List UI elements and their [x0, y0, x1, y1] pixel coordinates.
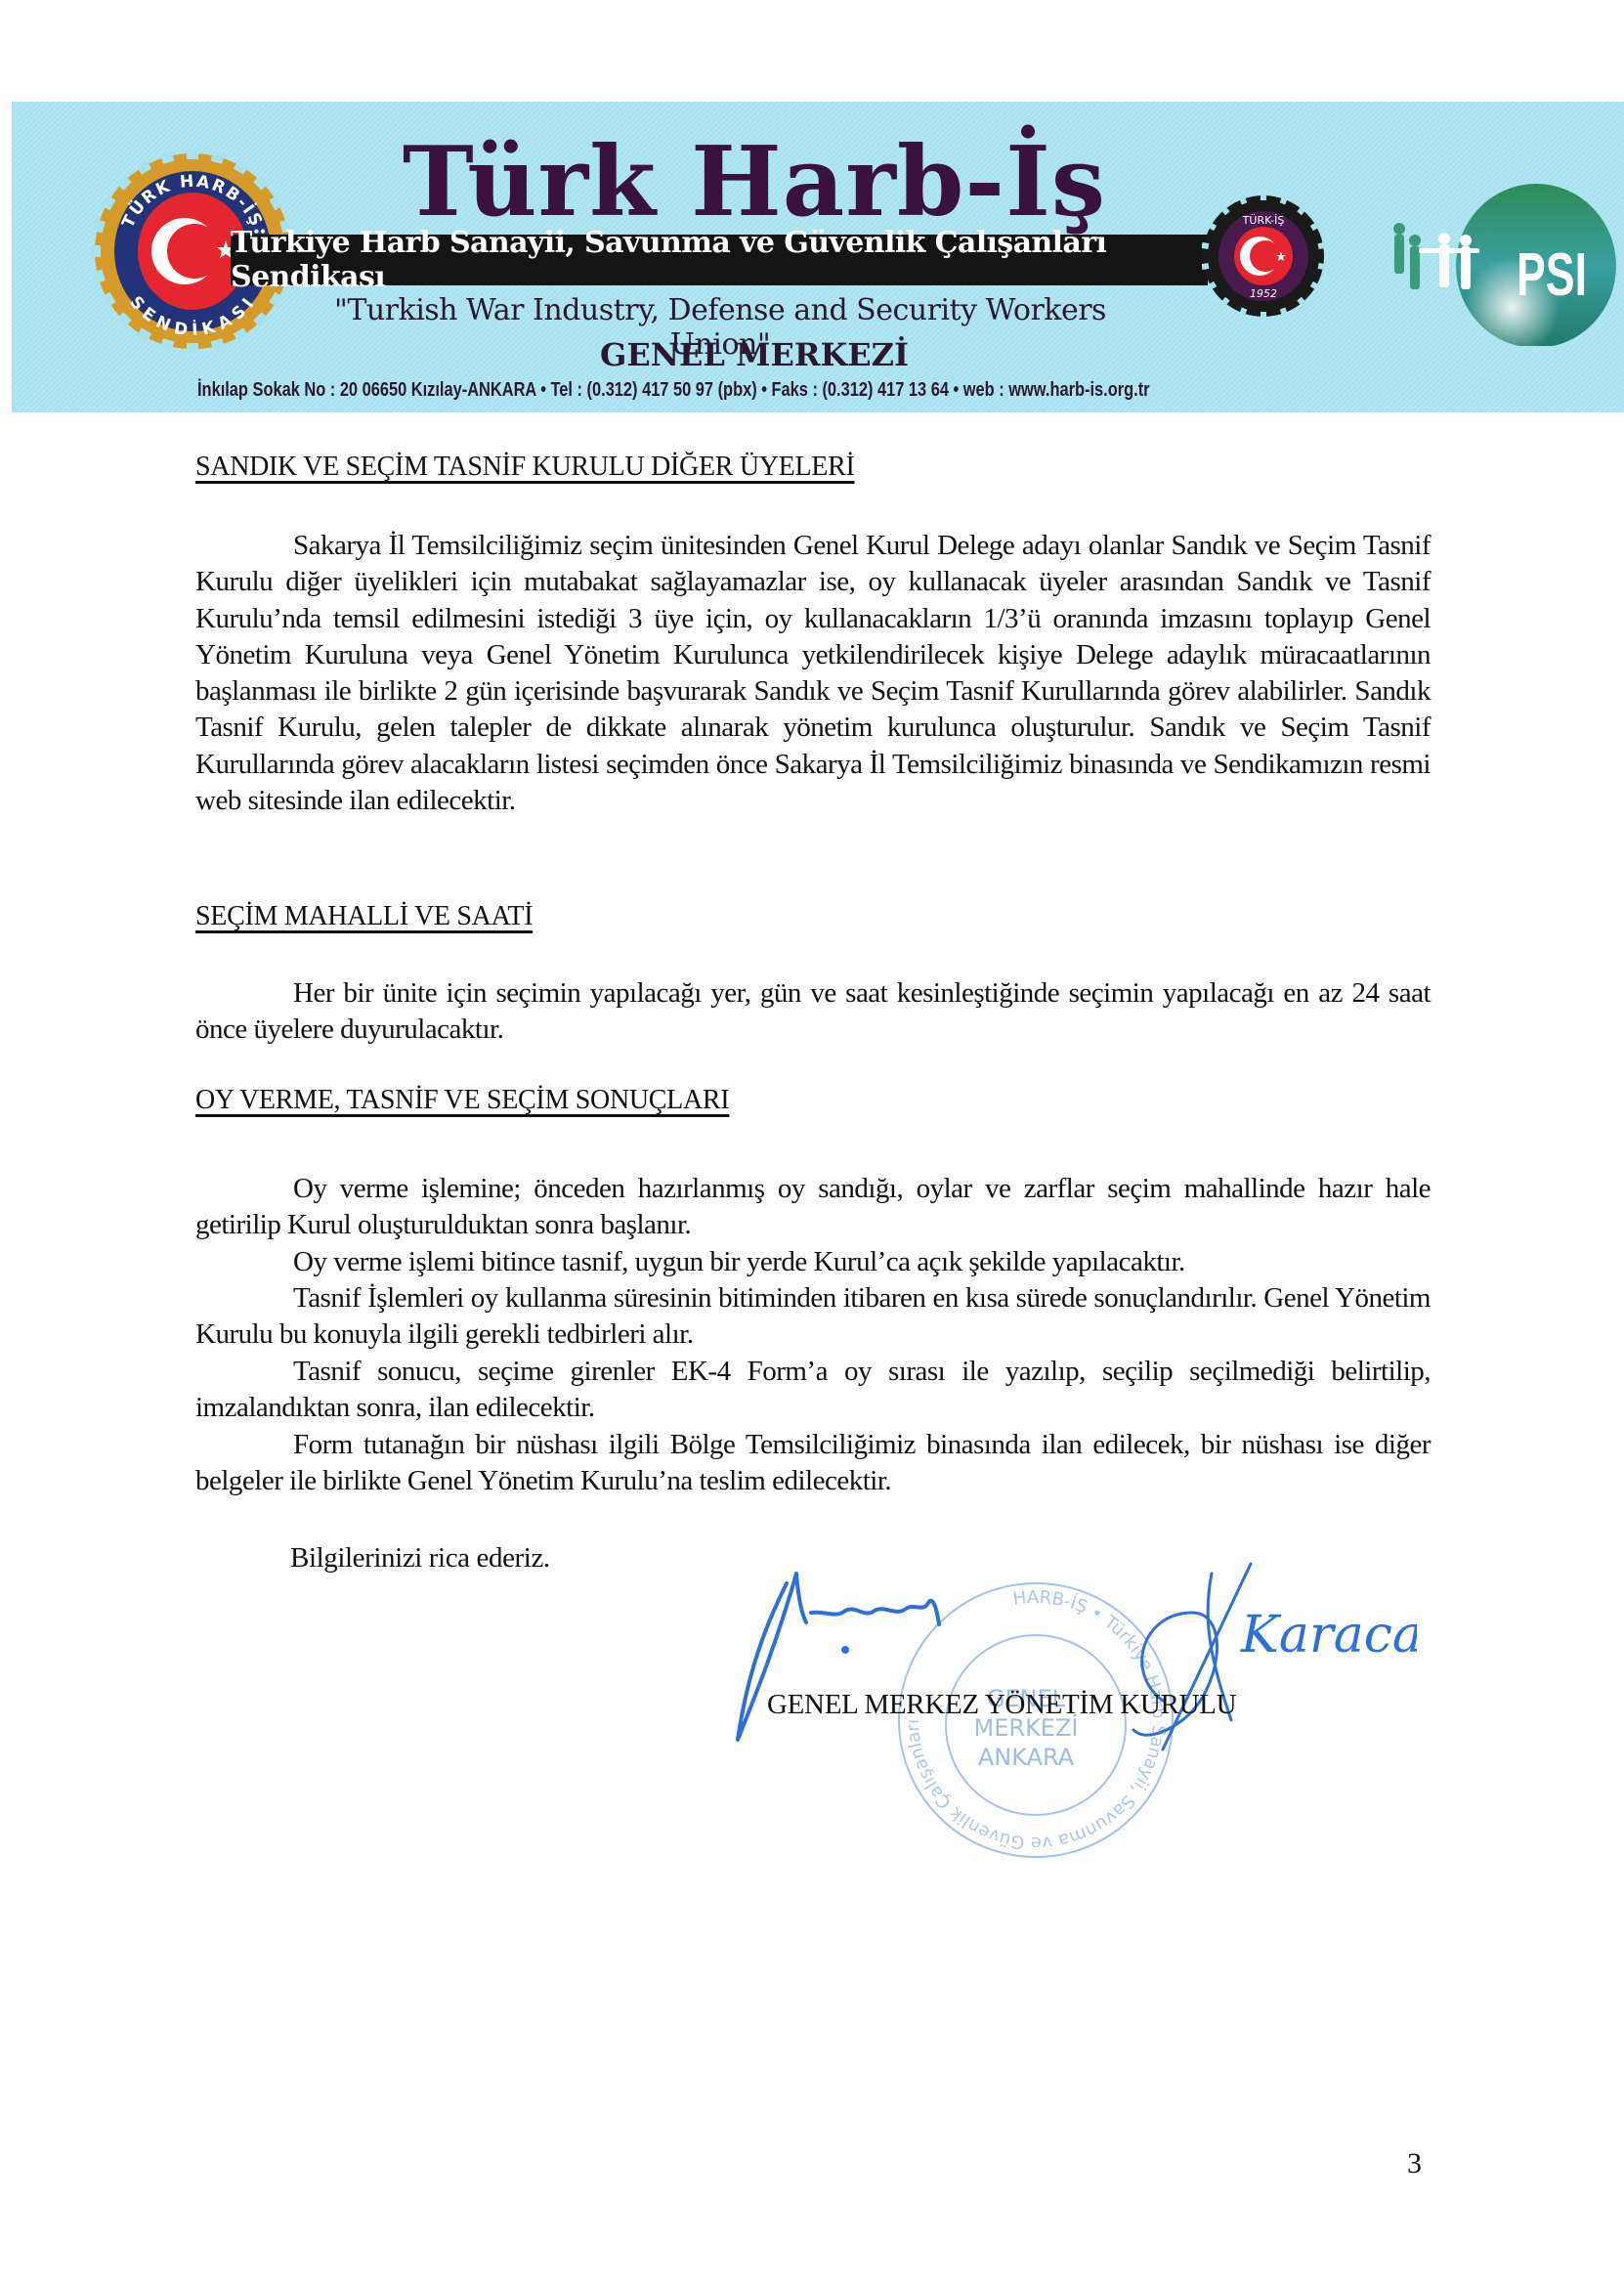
- paragraph-text: Tasnif İşlemleri oy kullanma süresinin b…: [195, 1282, 1431, 1350]
- paragraph: Oy verme işlemi bitince tasnif, uygun bi…: [195, 1244, 1431, 1280]
- svg-text:PSI: PSI: [1517, 241, 1587, 309]
- paragraph: Sakarya İl Temsilciliğimiz seçim ünitesi…: [195, 528, 1431, 819]
- turk-is-logo-icon: TÜRK-İŞ 1952: [1202, 180, 1325, 336]
- headquarters-label: GENEL MERKEZİ: [383, 336, 1126, 373]
- contact-address: İnkılap Sokak No : 20 06650 Kızılay-ANKA…: [197, 379, 1079, 402]
- section-heading-voting-results: OY VERME, TASNİF VE SEÇİM SONUÇLARI: [195, 1085, 729, 1116]
- page-number: 3: [1407, 2147, 1422, 2180]
- paragraph-text: Form tutanağın bir nüshası ilgili Bölge …: [195, 1429, 1431, 1496]
- paragraph-text: Oy verme işlemi bitince tasnif, uygun bi…: [293, 1246, 1185, 1277]
- svg-text:1952: 1952: [1250, 287, 1277, 300]
- section-heading-ballot-committee: SANDIK VE SEÇİM TASNİF KURULU DİĞER ÜYEL…: [195, 452, 855, 483]
- paragraph-text: Oy verme işlemine; önceden hazırlanmış o…: [195, 1173, 1431, 1240]
- section-heading-election-place-time: SEÇİM MAHALLİ VE SAATİ: [195, 901, 533, 932]
- paragraph: Her bir ünite için seçimin yapılacağı ye…: [195, 975, 1431, 1049]
- paragraph: Form tutanağın bir nüshası ilgili Bölge …: [195, 1427, 1431, 1500]
- union-full-name: Türkiye Harb Sanayii, Savunma ve Güvenli…: [231, 235, 1208, 285]
- svg-text:TÜRK-İŞ: TÜRK-İŞ: [1242, 214, 1285, 227]
- paragraph: Oy verme işlemine; önceden hazırlanmış o…: [195, 1171, 1431, 1244]
- svg-text:Karaca: Karaca: [1240, 1606, 1417, 1664]
- paragraph: Tasnif sonucu, seçime girenler EK-4 Form…: [195, 1354, 1431, 1427]
- signature-right-icon: Karaca: [1104, 1554, 1417, 1759]
- signatory-board: GENEL MERKEZ YÖNETİM KURULU: [767, 1689, 1236, 1721]
- paragraph-text: Sakarya İl Temsilciliğimiz seçim ünitesi…: [195, 530, 1431, 816]
- paragraph-text: Tasnif sonucu, seçime girenler EK-4 Form…: [195, 1356, 1431, 1423]
- paragraph: Tasnif İşlemleri oy kullanma süresinin b…: [195, 1280, 1431, 1354]
- closing-remark: Bilgilerinizi rica ederiz.: [290, 1542, 550, 1575]
- psi-logo-icon: PSI: [1380, 180, 1624, 346]
- union-title: Türk Harb-İş: [383, 135, 1126, 231]
- letterhead-banner: TÜRK HARB-İŞ SENDİKASI Türk Harb-İş Türk…: [12, 102, 1624, 412]
- paragraph-text: Her bir ünite için seçimin yapılacağı ye…: [195, 977, 1431, 1045]
